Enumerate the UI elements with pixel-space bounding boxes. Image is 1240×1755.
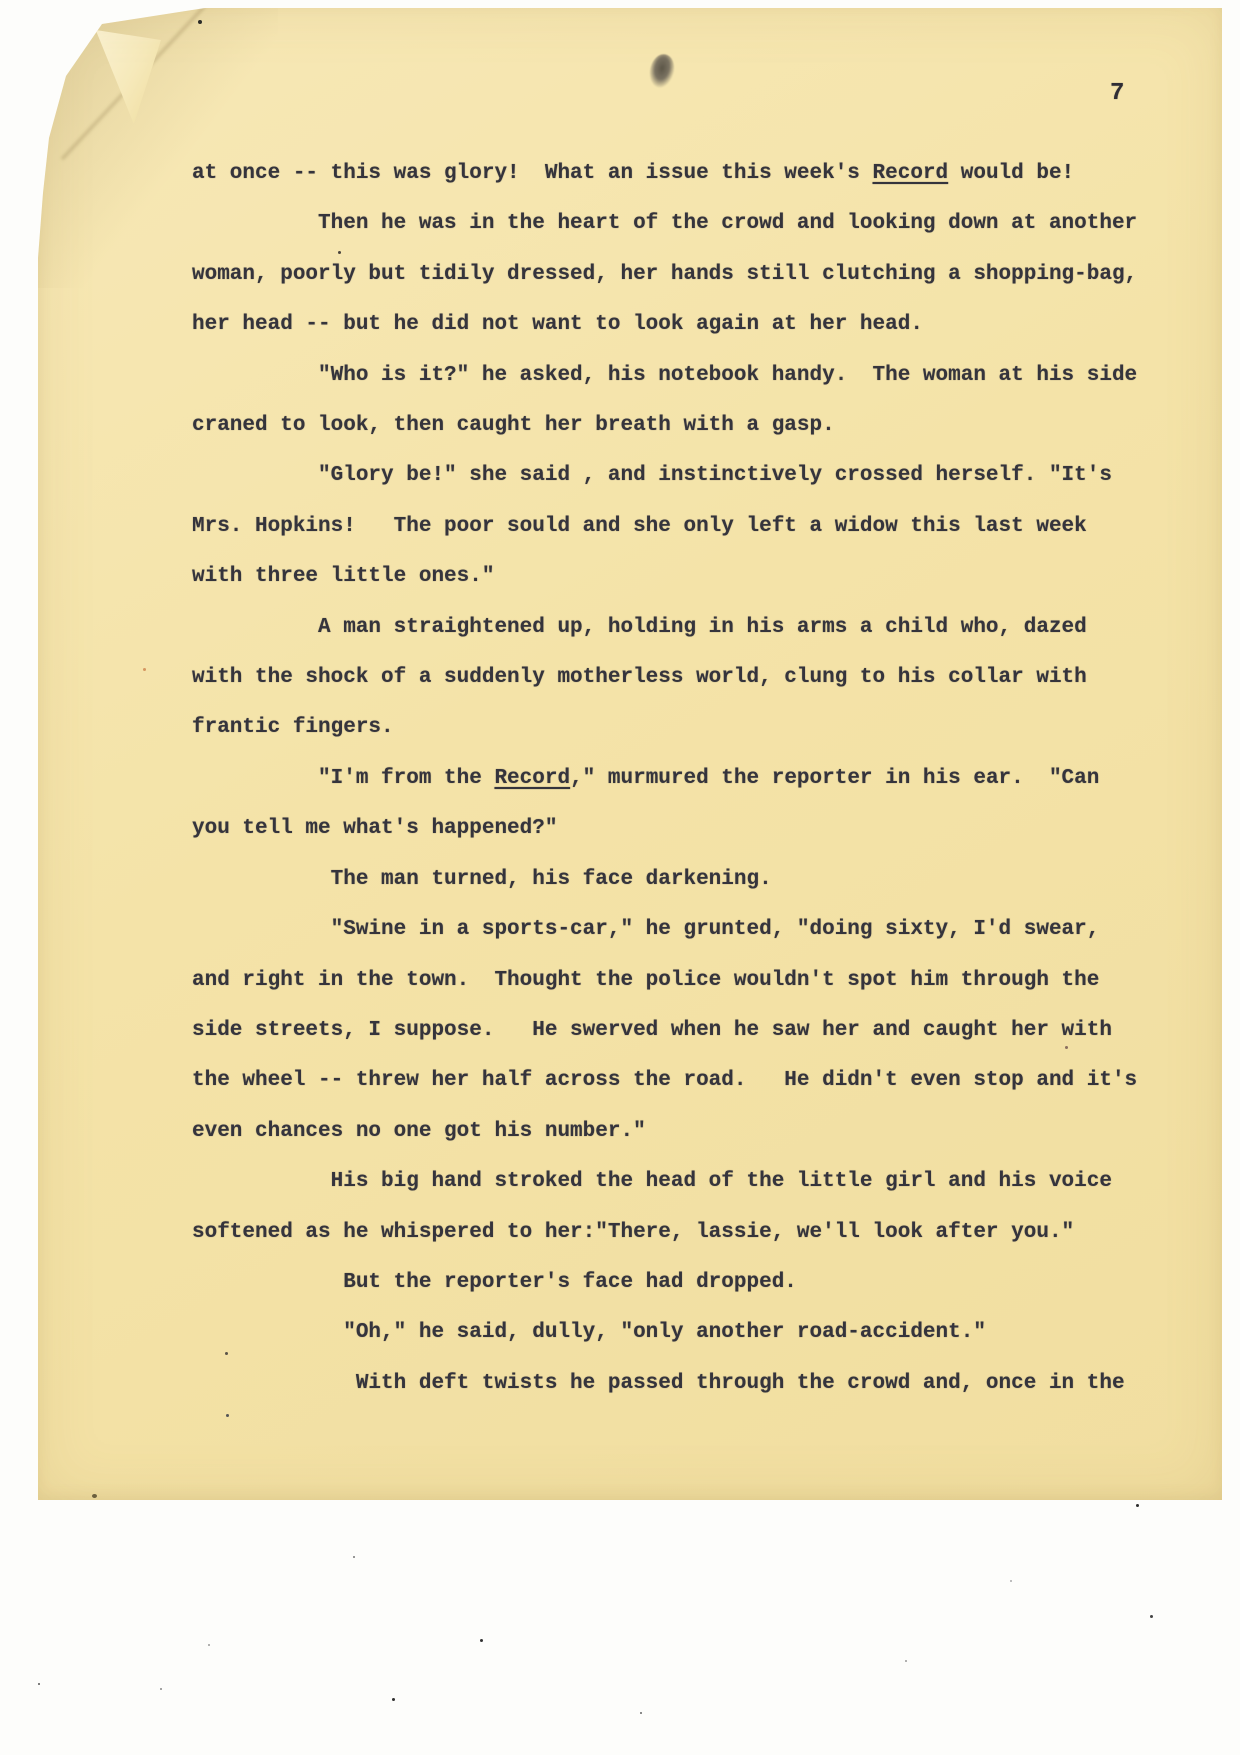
dust-speck (1010, 1580, 1012, 1582)
text-line: "Glory be!" she said , and instinctively… (192, 451, 1137, 501)
text-line: A man straightened up, holding in his ar… (192, 603, 1137, 653)
text-line: craned to look, then caught her breath w… (192, 401, 1137, 451)
text-line: softened as he whispered to her:"There, … (192, 1208, 1137, 1258)
text-line: "I'm from the Record," murmured the repo… (192, 754, 1137, 804)
scan-background: { "document": { "page_number": "7", "kin… (0, 0, 1240, 1755)
dust-speck (338, 251, 341, 254)
text-line: side streets, I suppose. He swerved when… (192, 1006, 1137, 1056)
text-line: With deft twists he passed through the c… (192, 1359, 1137, 1409)
text-line: "Who is it?" he asked, his notebook hand… (192, 351, 1137, 401)
dust-speck (198, 20, 202, 24)
text-line: The man turned, his face darkening. (192, 855, 1137, 905)
dust-speck (226, 1414, 229, 1417)
text-line: the wheel -- threw her half across the r… (192, 1056, 1137, 1106)
text-line: frantic fingers. (192, 703, 1137, 753)
text-line: woman, poorly but tidily dressed, her ha… (192, 250, 1137, 300)
text-line: His big hand stroked the head of the lit… (192, 1157, 1137, 1207)
dust-speck (480, 1639, 483, 1642)
text-line: "Oh," he said, dully, "only another road… (192, 1308, 1137, 1358)
typewritten-text: at once -- this was glory! What an issue… (192, 149, 1137, 1409)
dust-speck (92, 1494, 97, 1498)
text-line: with the shock of a suddenly motherless … (192, 653, 1137, 703)
text-line: "Swine in a sports-car," he grunted, "do… (192, 905, 1137, 955)
dust-speck (1150, 1615, 1153, 1618)
text-line: her head -- but he did not want to look … (192, 300, 1137, 350)
text-line: even chances no one got his number." (192, 1107, 1137, 1157)
dust-speck (905, 1660, 907, 1662)
text-line: at once -- this was glory! What an issue… (192, 149, 1137, 199)
dust-speck (143, 668, 146, 671)
text-line: with three little ones." (192, 552, 1137, 602)
ink-smudge (647, 52, 678, 90)
dust-speck (208, 1644, 210, 1646)
underlined-word: Record (494, 767, 570, 790)
dust-speck (1065, 1046, 1068, 1049)
dust-speck (38, 1683, 40, 1685)
paper-sheet: 7 at once -- this was glory! What an iss… (38, 8, 1222, 1500)
dust-speck (160, 1688, 162, 1690)
folded-corner (93, 24, 161, 124)
text-line: and right in the town. Thought the polic… (192, 956, 1137, 1006)
dust-speck (353, 1556, 355, 1558)
dust-speck (225, 1352, 228, 1355)
text-line: But the reporter's face had dropped. (192, 1258, 1137, 1308)
text-line: Then he was in the heart of the crowd an… (192, 199, 1137, 249)
dust-speck (392, 1698, 395, 1701)
underlined-word: Record (873, 162, 949, 185)
text-line: Mrs. Hopkins! The poor sould and she onl… (192, 502, 1137, 552)
dust-speck (640, 1712, 642, 1714)
page-number: 7 (1110, 80, 1124, 107)
dust-speck (1136, 1504, 1139, 1507)
text-line: you tell me what's happened?" (192, 804, 1137, 854)
